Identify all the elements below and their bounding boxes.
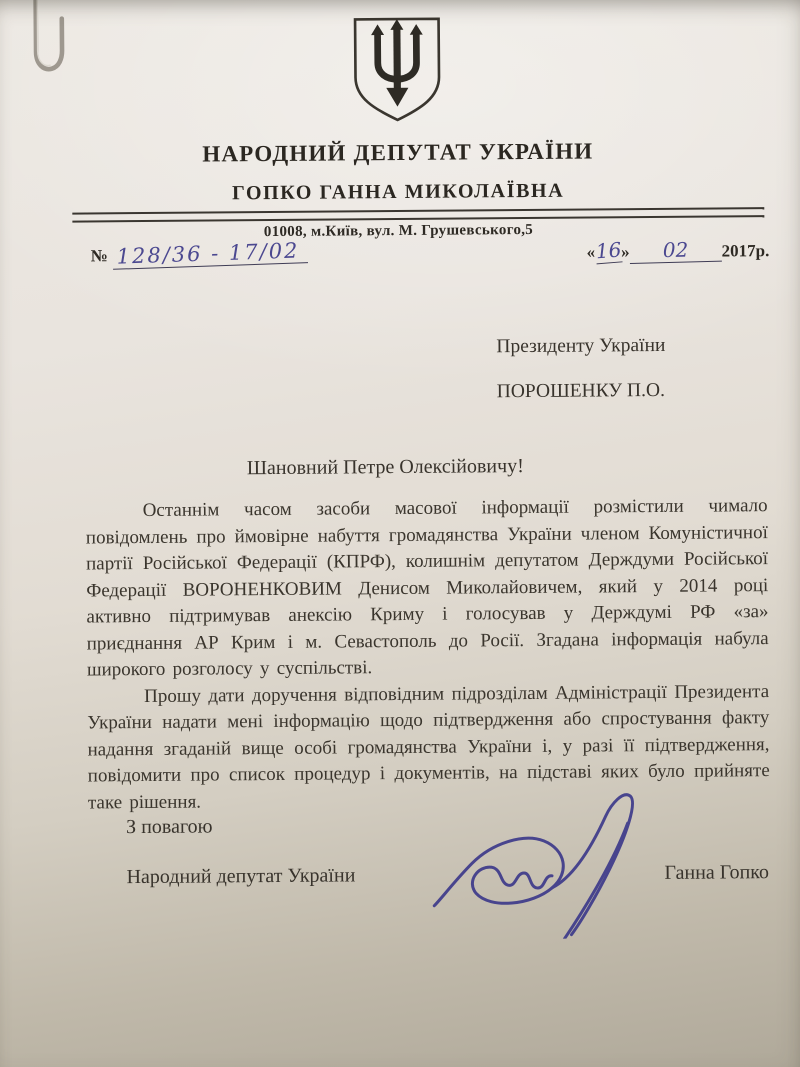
date-open-quote: « xyxy=(587,242,596,261)
letter-body: Останнім часом засоби масової інформації… xyxy=(86,493,770,816)
date-line: «16»022017р. xyxy=(587,237,770,263)
ukraine-trident-emblem-icon xyxy=(346,14,449,127)
scanned-letter-photo: НАРОДНИЙ ДЕПУТАТ УКРАЇНИ ГОПКО ГАННА МИК… xyxy=(0,0,800,1067)
body-paragraph-1: Останнім часом засоби масової інформації… xyxy=(86,493,769,684)
date-year: 2017р. xyxy=(722,241,770,260)
letterhead-deputy-name: ГОПКО ГАННА МИКОЛАЇВНА xyxy=(0,178,798,207)
recipient-title: Президенту України xyxy=(496,323,665,369)
paperclip-icon xyxy=(23,0,70,91)
salutation: Шановний Петре Олексійовичу! xyxy=(0,453,770,482)
signer-name: Ганна Гопко xyxy=(664,861,769,885)
closing-phrase: З повагою xyxy=(126,815,213,839)
letterhead-title: НАРОДНИЙ ДЕПУТАТ УКРАЇНИ xyxy=(0,137,798,169)
date-close-quote: » xyxy=(621,242,630,261)
date-day-handwritten: 16 xyxy=(594,237,622,264)
signer-position: Народний депутат України xyxy=(126,864,355,889)
reference-number-handwritten: 128/36 - 17/02 xyxy=(112,238,308,270)
date-month-handwritten: 02 xyxy=(629,237,722,264)
letter-sheet: НАРОДНИЙ ДЕПУТАТ УКРАЇНИ ГОПКО ГАННА МИК… xyxy=(0,0,800,1067)
reference-number-label: № xyxy=(91,246,108,265)
recipient-name: ПОРОШЕНКУ П.О. xyxy=(497,368,666,414)
reference-number-line: № 128/36 - 17/02 xyxy=(91,241,308,268)
recipient-block: Президенту України ПОРОШЕНКУ П.О. xyxy=(496,323,666,414)
handwritten-signature-scribble xyxy=(426,788,655,940)
